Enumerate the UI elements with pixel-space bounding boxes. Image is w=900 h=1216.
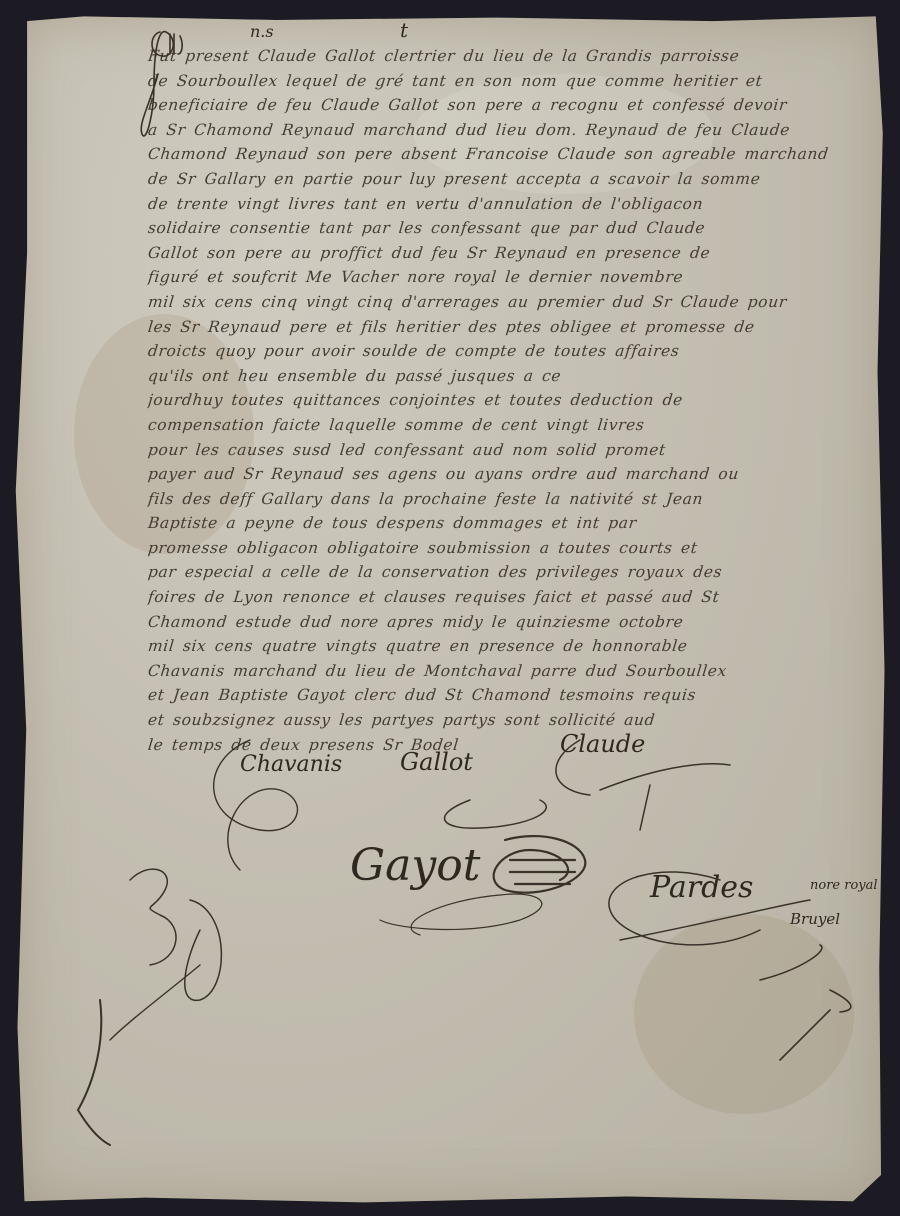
signature-flourishes-icon (0, 0, 900, 1216)
